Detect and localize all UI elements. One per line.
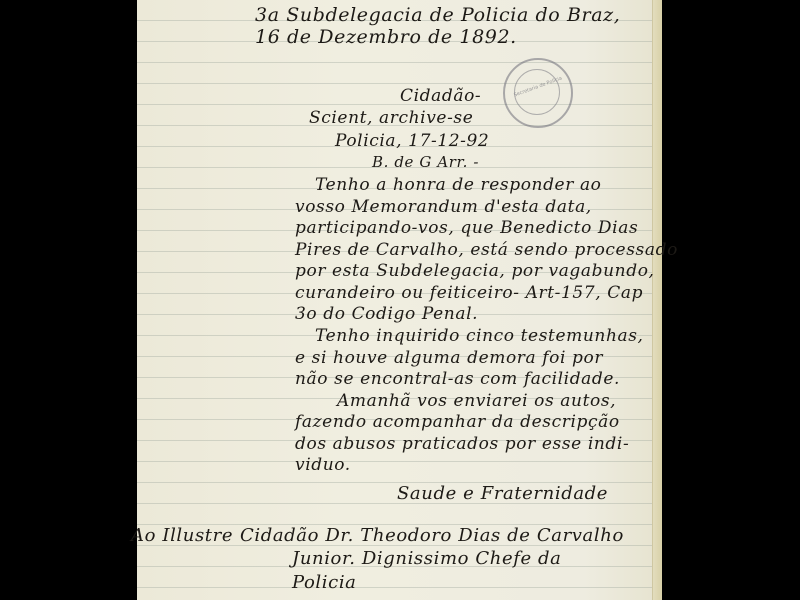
body-line: curandeiro ou feiticeiro- Art-157, Cap	[295, 283, 643, 303]
body-line: viduo.	[295, 455, 351, 475]
annotation-salutation: Cidadão-	[400, 86, 481, 106]
official-stamp: Secretaria de Polícia	[503, 58, 573, 128]
letter-page: Secretaria de Polícia 3a Subdelegacia de…	[137, 0, 662, 600]
body-line: Pires de Carvalho, está sendo processado	[295, 240, 678, 260]
header-date: 16 de Dezembro de 1892.	[255, 26, 517, 48]
annotation-date: Policia, 17-12-92	[335, 131, 489, 151]
addressee-title: Junior. Dignissimo Chefe da	[292, 548, 562, 569]
body-line: fazendo acompanhar da descripção	[295, 412, 620, 432]
body-line: por esta Subdelegacia, por vagabundo,	[295, 261, 655, 281]
body-line: não se encontral-as com facilidade.	[295, 369, 620, 389]
body-line: participando-vos, que Benedicto Dias	[295, 218, 638, 238]
body-line: e si houve alguma demora foi por	[295, 348, 603, 368]
addressee-prefix: Ao Illustre	[131, 525, 233, 546]
annotation-initials: B. de G Arr. -	[372, 153, 479, 171]
addressee-name: Cidadão Dr. Theodoro Dias de Carvalho	[240, 525, 624, 546]
body-line: dos abusos praticados por esse indi-	[295, 434, 629, 454]
body-line: Tenho inquirido cinco testemunhas,	[315, 326, 644, 346]
body-line: Tenho a honra de responder ao	[315, 175, 602, 195]
addressee-office: Policia	[292, 572, 357, 593]
body-line: 3o do Codigo Penal.	[295, 304, 478, 324]
header-location: 3a Subdelegacia de Policia do Braz,	[255, 4, 620, 26]
body-line: vosso Memorandum d'esta data,	[295, 197, 592, 217]
closing: Saude e Fraternidade	[397, 483, 608, 504]
annotation-archive-note: Scient, archive-se	[309, 108, 473, 128]
page-edge	[652, 0, 662, 600]
stamp-text: Secretaria de Polícia	[506, 73, 570, 101]
body-line: Amanhã vos enviarei os autos,	[337, 391, 616, 411]
